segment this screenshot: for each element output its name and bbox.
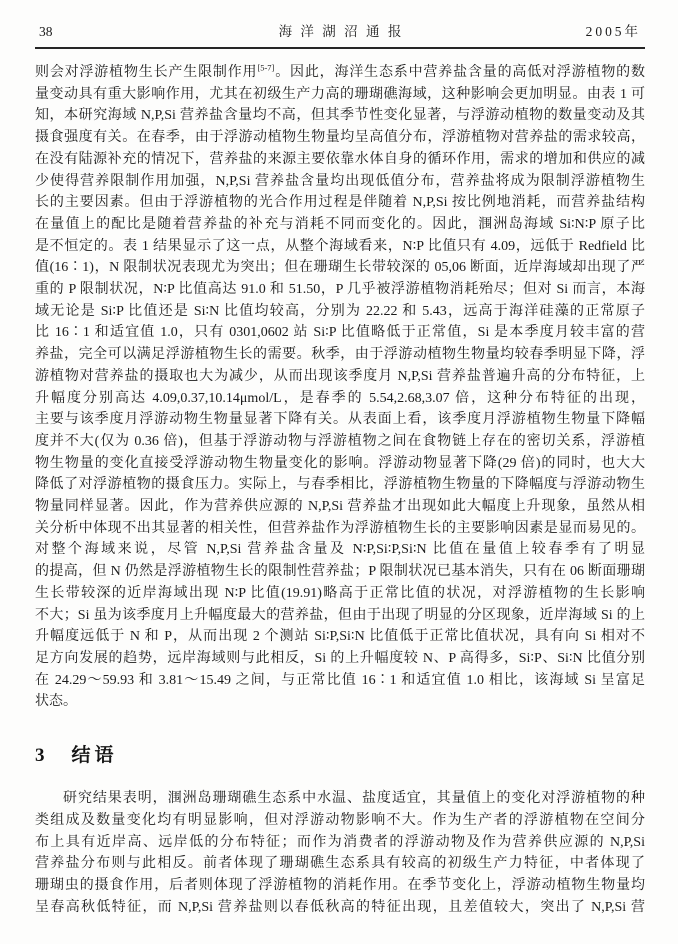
text-line: 长的主要因素。但由于浮游植物的光合作用过程是伴随着 N,P,Si 按比例地消耗，… <box>35 192 645 214</box>
text-line: 在 24.29～59.93 和 3.81～15.49 之间，与正常比值 16∶1… <box>35 670 645 692</box>
text-line: 物生物量的变化直接受浮游动物生物量变化的影响。浮游动物显著下降(29 倍)的同时… <box>35 453 645 475</box>
text-line-first: 则会对浮游植物生长产生限制作用[5-7]。因此，海洋生态系中营养盐含量的高低对浮… <box>35 62 645 84</box>
text-line: 量变动具有重大影响作用，尤其在初级生产力高的珊瑚礁海域，这种影响会更加明显。由表… <box>35 84 645 106</box>
text-line: 少使得营养限制作用加强，N,P,Si 营养盐含量均出现低值分布，营养盐将成为限制… <box>35 171 645 193</box>
text-line: 在量值上的配比是随着营养盐的补充与消耗不同而变化的。因此，涠洲岛海域 Si∶N∶… <box>35 214 645 236</box>
journal-title: 海洋湖沼通报 <box>270 20 410 40</box>
paragraph-nutrient-discussion: 则会对浮游植物生长产生限制作用[5-7]。因此，海洋生态系中营养盐含量的高低对浮… <box>35 62 645 713</box>
text-line: 对整个海域来说，尽管 N,P,Si 营养盐含量及 N∶P,Si∶P,Si∶N 比… <box>35 539 645 561</box>
text-line: 是不恒定的。表 1 结果显示了这一点，从整个海域看来，N∶P 比值只有 4.09… <box>35 236 645 258</box>
issue-year: 2005年 <box>581 20 641 40</box>
section-title: 结语 <box>72 745 118 766</box>
text-line: 呈春高秋低特征，而 N,P,Si 营养盐则以春低秋高的特征出现，且差值较大，突出… <box>35 897 645 919</box>
text-line: 重的 P 限制状况，N∶P 比值高达 91.0 和 51.50，P 几乎被浮游植… <box>35 279 645 301</box>
text-line: 主要与该季度月浮游动物生物量显著下降有关。从表面上看，该季度月浮游植物生物量下降… <box>35 409 645 431</box>
article-body: 则会对浮游植物生长产生限制作用[5-7]。因此，海洋生态系中营养盐含量的高低对浮… <box>35 49 645 918</box>
text-line: 升幅度分别高达 4.09,0.37,10.14μmol/L，是春季的 5.54,… <box>35 388 645 410</box>
text-line: 度并不大(仅为 0.36 倍)，但基于浮游动物与浮游植物之间在食物链上存在的密切… <box>35 431 645 453</box>
section-heading-conclusion: 3结语 <box>35 740 645 767</box>
journal-page: 38 海洋湖沼通报 2005年 则会对浮游植物生长产生限制作用[5-7]。因此，… <box>0 0 678 944</box>
text-line: 值(16∶1)，N 限制状况表现尤为突出；但在珊瑚生长带较深的 05,06 断面… <box>35 257 645 279</box>
text-line: 养盐，完全可以满足浮游植物生长的需要。秋季，由于浮游动植物生物量均较春季明显下降… <box>35 344 645 366</box>
page-number: 38 <box>39 24 99 40</box>
text-line: 关分析中体现不出其显著的相关性，但营养盐作为浮游植物生长的主要影响因素是显而易见… <box>35 518 645 540</box>
citation-reference: [5-7] <box>257 62 274 72</box>
section-number: 3 <box>35 745 45 766</box>
text-line: 游植物对营养盐的摄取也大为减少，从而出现该季度月 N,P,Si 营养盐普遍升高的… <box>35 366 645 388</box>
text-line: 生长带较深的近岸海域出现 N∶P 比值(19.91)略高于正常比值的状况，对浮游… <box>35 583 645 605</box>
text-line: 域无论是 Si∶P 比值还是 Si∶N 比值均较高，分别为 22.22 和 5.… <box>35 301 645 323</box>
text-line: 升幅度远低于 N 和 P，从而出现 2 个测站 Si∶P,Si∶N 比值低于正常… <box>35 626 645 648</box>
text-line: 比 16∶1 和适宜值 1.0，只有 0301,0602 站 Si∶P 比值略低… <box>35 322 645 344</box>
text-after-citation: 。因此，海洋生态系中营养盐含量的高低对浮游植物的数 <box>274 65 645 80</box>
text-before-citation: 则会对浮游植物生长产生限制作用 <box>35 65 257 80</box>
text-line: 不大；Si 虽为该季度月上升幅度最大的营养盐，但由于出现了明显的分区现象，近岸海… <box>35 605 645 627</box>
text-line-last: 状态。 <box>35 691 645 713</box>
text-line: 珊瑚虫的摄食作用，后者则体现了浮游植物的消耗作用。在季节变化上，浮游动植物生物量… <box>35 875 645 897</box>
text-line: 摄食强度有关。在春季，由于浮游动植物生物量均呈高值分布，浮游植物对营养盐的需求较… <box>35 127 645 149</box>
text-line-indented: 研究结果表明，涠洲岛珊瑚礁生态系中水温、盐度适宜，其量值上的变化对浮游植物的种 <box>35 788 645 810</box>
paragraph-conclusion: 研究结果表明，涠洲岛珊瑚礁生态系中水温、盐度适宜，其量值上的变化对浮游植物的种 … <box>35 788 645 918</box>
text-line: 的提高，但 N 仍然是浮游植物生长的限制性营养盐；P 限制状况已基本消失，只有在… <box>35 561 645 583</box>
text-line: 类组成及数量变化均有明显影响，但对浮游动物影响不大。作为生产者的浮游植物在空间分 <box>35 810 645 832</box>
text-line: 在没有陆源补充的情况下，营养盐的来源主要依靠水体自身的循环作用，需求的增加和供应… <box>35 149 645 171</box>
text-line: 降低了对浮游植物的摄食压力。实际上，与春季相比，浮游植物生物量的下降幅度与浮游动… <box>35 474 645 496</box>
text-line: 营养盐分布则与此相反。前者体现了珊瑚礁生态系具有较高的初级生产力特征，中者体现了 <box>35 853 645 875</box>
text-line: 知，本研究海域 N,P,Si 营养盐含量均不高，但其季节性变化显著，与浮游动植物… <box>35 105 645 127</box>
text-line: 足方向发展的趋势，远岸海域则与此相反，Si 的上升幅度较 N、P 高得多，Si∶… <box>35 648 645 670</box>
text-line: 物量同样显著。因此，作为营养供应源的 N,P,Si 营养盐才出现如此大幅度上升现… <box>35 496 645 518</box>
text-line: 布上具有近岸高、远岸低的分布特征；而作为消费者的浮游动物及作为营养供应源的 N,… <box>35 832 645 854</box>
page-header: 38 海洋湖沼通报 2005年 <box>35 20 645 47</box>
